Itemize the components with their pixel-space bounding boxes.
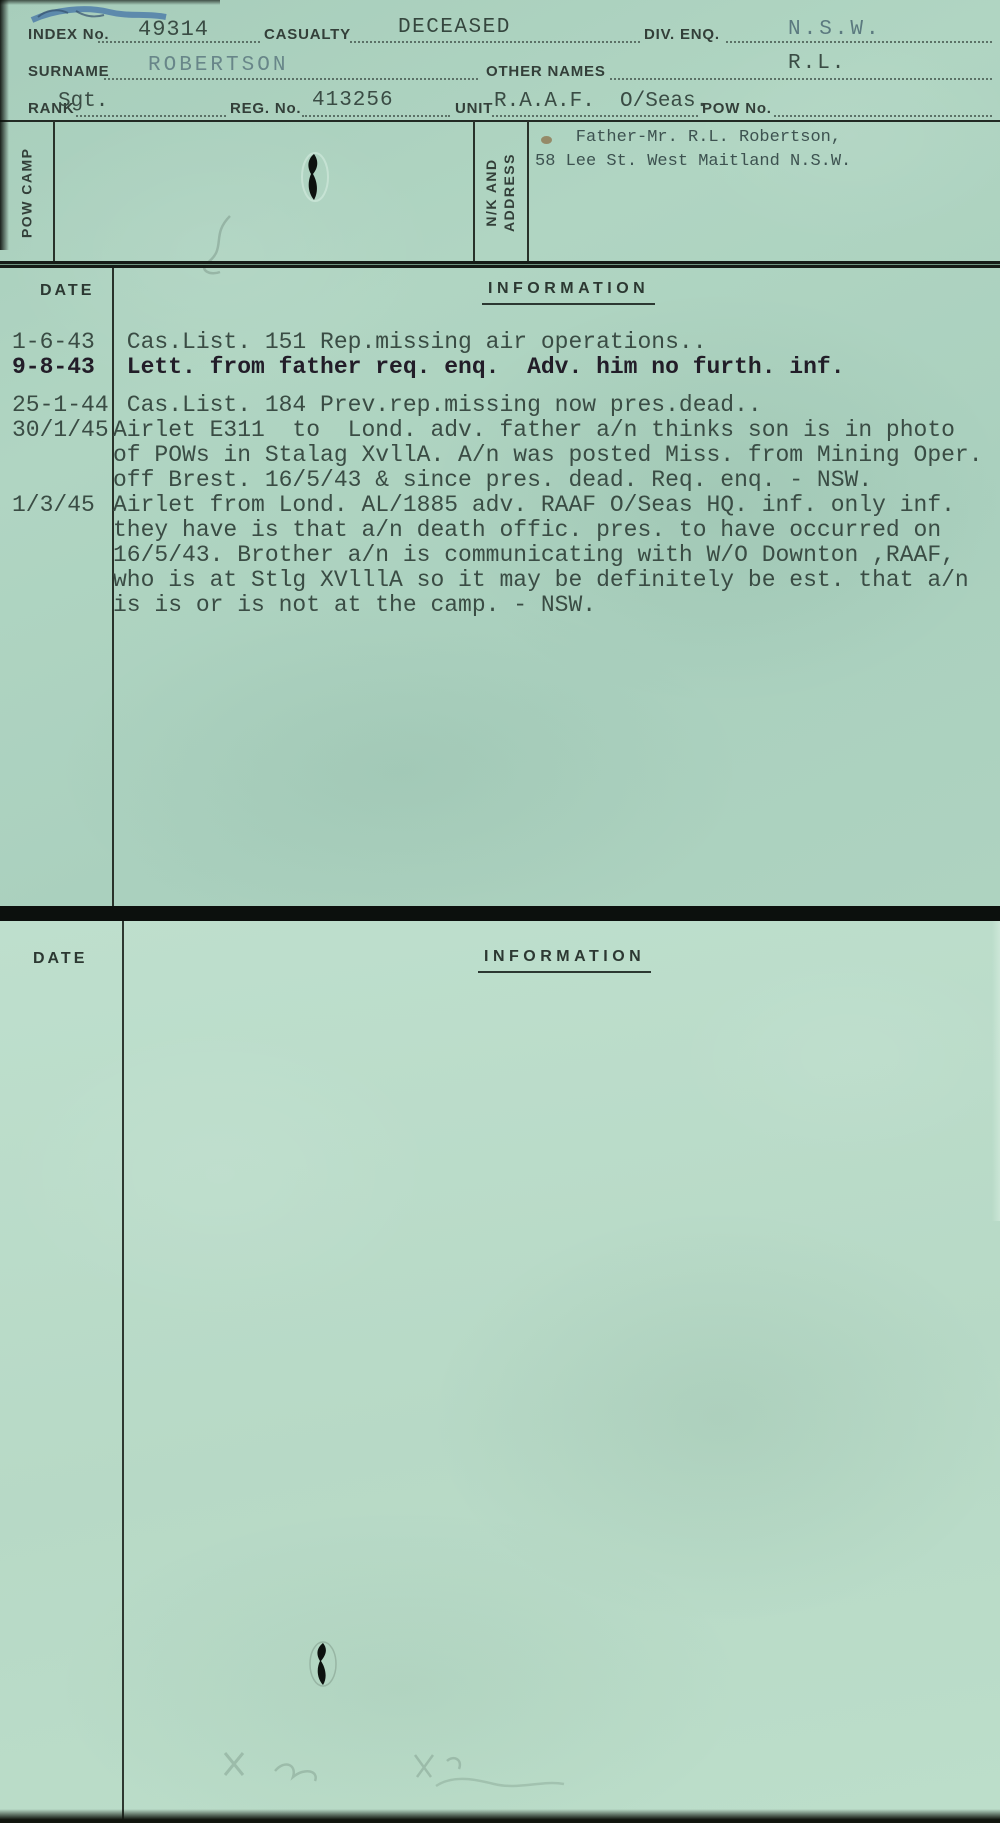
- date-header: DATE: [40, 282, 94, 300]
- nk-address-label: N/K ANDADDRESS: [483, 153, 518, 232]
- card-back: DATE INFORMATION: [0, 921, 1000, 1823]
- table-row: 1/3/45 Airlet from Lond. AL/1885 adv. RA…: [0, 493, 1000, 618]
- table-row: 25-1-44 Cas.List. 184 Prev.rep.missing n…: [0, 393, 1000, 418]
- entry-info-line: Cas.List. 184 Prev.rep.missing now pres.…: [113, 393, 1000, 418]
- rule-line: [0, 261, 1000, 268]
- entry-info-line: they have is that a/n death offic. pres.…: [113, 518, 1000, 543]
- entry-info-line: is is or is not at the camp. - NSW.: [113, 593, 1000, 618]
- pow-no-label: POW No.: [702, 100, 772, 117]
- date-column-divider: [122, 921, 124, 1823]
- scan-edge: [992, 921, 1000, 1221]
- nk-address-box: N/K ANDADDRESS: [473, 121, 527, 263]
- pencil-marks: [215, 1741, 475, 1791]
- entry-info-line: 16/5/43. Brother a/n is communicating wi…: [113, 543, 1000, 568]
- scan-edge: [0, 0, 220, 5]
- pencil-marks: [430, 1766, 570, 1796]
- div-enq-value: N.S.W.: [788, 18, 882, 41]
- entry-date: 1-6-43: [0, 330, 112, 355]
- entry-info-line: off Brest. 16/5/43 & since pres. dead. R…: [113, 468, 1000, 493]
- date-header: DATE: [33, 950, 87, 968]
- entry-info-line: Lett. from father req. enq. Adv. him no …: [113, 355, 1000, 380]
- other-names-label: OTHER NAMES: [486, 63, 606, 80]
- index-no-value: 49314: [138, 17, 209, 42]
- entry-info-line: Cas.List. 151 Rep.missing air operations…: [113, 330, 1000, 355]
- reg-no-label: REG. No.: [230, 100, 301, 117]
- entry-info-line: who is at Stlg XVlllA so it may be defin…: [113, 568, 1000, 593]
- scanned-index-card: INDEX No. 49314 CASUALTY DECEASED DIV. E…: [0, 0, 1000, 1823]
- entry-info-line: Airlet E311 to Lond. adv. father a/n thi…: [113, 418, 1000, 443]
- entry-date: 9-8-43: [0, 355, 112, 380]
- entry-date: 1/3/45: [0, 493, 112, 618]
- surname-value: ROBERTSON: [148, 54, 288, 77]
- casualty-label: CASUALTY: [264, 26, 351, 43]
- entry-info: Cas.List. 151 Rep.missing air operations…: [112, 330, 1000, 355]
- pencil-squiggle: [170, 212, 300, 282]
- table-row: 9-8-43 Lett. from father req. enq. Adv. …: [0, 355, 1000, 380]
- card-front: INDEX No. 49314 CASUALTY DECEASED DIV. E…: [0, 0, 1000, 906]
- dotted-leader: [302, 115, 450, 117]
- unit-label: UNIT: [455, 100, 493, 117]
- entry-date: 25-1-44: [0, 393, 112, 418]
- table-row: 1-6-43 Cas.List. 151 Rep.missing air ope…: [0, 330, 1000, 355]
- information-header: INFORMATION: [482, 280, 655, 305]
- div-enq-label: DIV. ENQ.: [644, 26, 720, 43]
- other-names-value: R.L.: [788, 52, 846, 75]
- nk-address-value: Father-Mr. R.L. Robertson, 58 Lee St. We…: [535, 126, 851, 174]
- entry-info: Airlet from Lond. AL/1885 adv. RAAF O/Se…: [112, 493, 1000, 618]
- entry-info-line: of POWs in Stalag XvllA. A/n was posted …: [113, 443, 1000, 468]
- scan-edge: [0, 0, 9, 250]
- information-header: INFORMATION: [478, 948, 651, 973]
- entry-date: 30/1/45: [0, 418, 112, 493]
- dotted-leader: [76, 115, 226, 117]
- entry-info: Cas.List. 184 Prev.rep.missing now pres.…: [112, 393, 1000, 418]
- dotted-leader: [104, 78, 478, 80]
- rank-value: Sgt.: [58, 90, 108, 113]
- unit-value: R.A.A.F. O/Seas.: [494, 90, 708, 113]
- pow-camp-label: POW CAMP: [18, 148, 36, 239]
- entry-info: Airlet E311 to Lond. adv. father a/n thi…: [112, 418, 1000, 493]
- dotted-leader: [492, 115, 698, 117]
- info-entries: 1-6-43 Cas.List. 151 Rep.missing air ope…: [0, 330, 1000, 618]
- hole-punch: [308, 1639, 338, 1691]
- casualty-value: DECEASED: [398, 16, 511, 39]
- entry-info: Lett. from father req. enq. Adv. him no …: [112, 355, 1000, 380]
- entry-info-line: Airlet from Lond. AL/1885 adv. RAAF O/Se…: [113, 493, 1000, 518]
- table-row: 30/1/45 Airlet E311 to Lond. adv. father…: [0, 418, 1000, 493]
- reg-no-value: 413256: [312, 89, 394, 112]
- dotted-leader: [610, 78, 992, 80]
- stain-mark: [541, 136, 552, 144]
- scan-edge: [0, 1809, 1000, 1823]
- dotted-leader: [774, 115, 992, 117]
- card-gap-divider: [0, 906, 1000, 921]
- hole-punch: [300, 150, 330, 206]
- rule-line: [527, 121, 529, 263]
- surname-label: SURNAME: [28, 63, 109, 80]
- dotted-leader: [350, 41, 640, 43]
- dotted-leader: [726, 41, 992, 43]
